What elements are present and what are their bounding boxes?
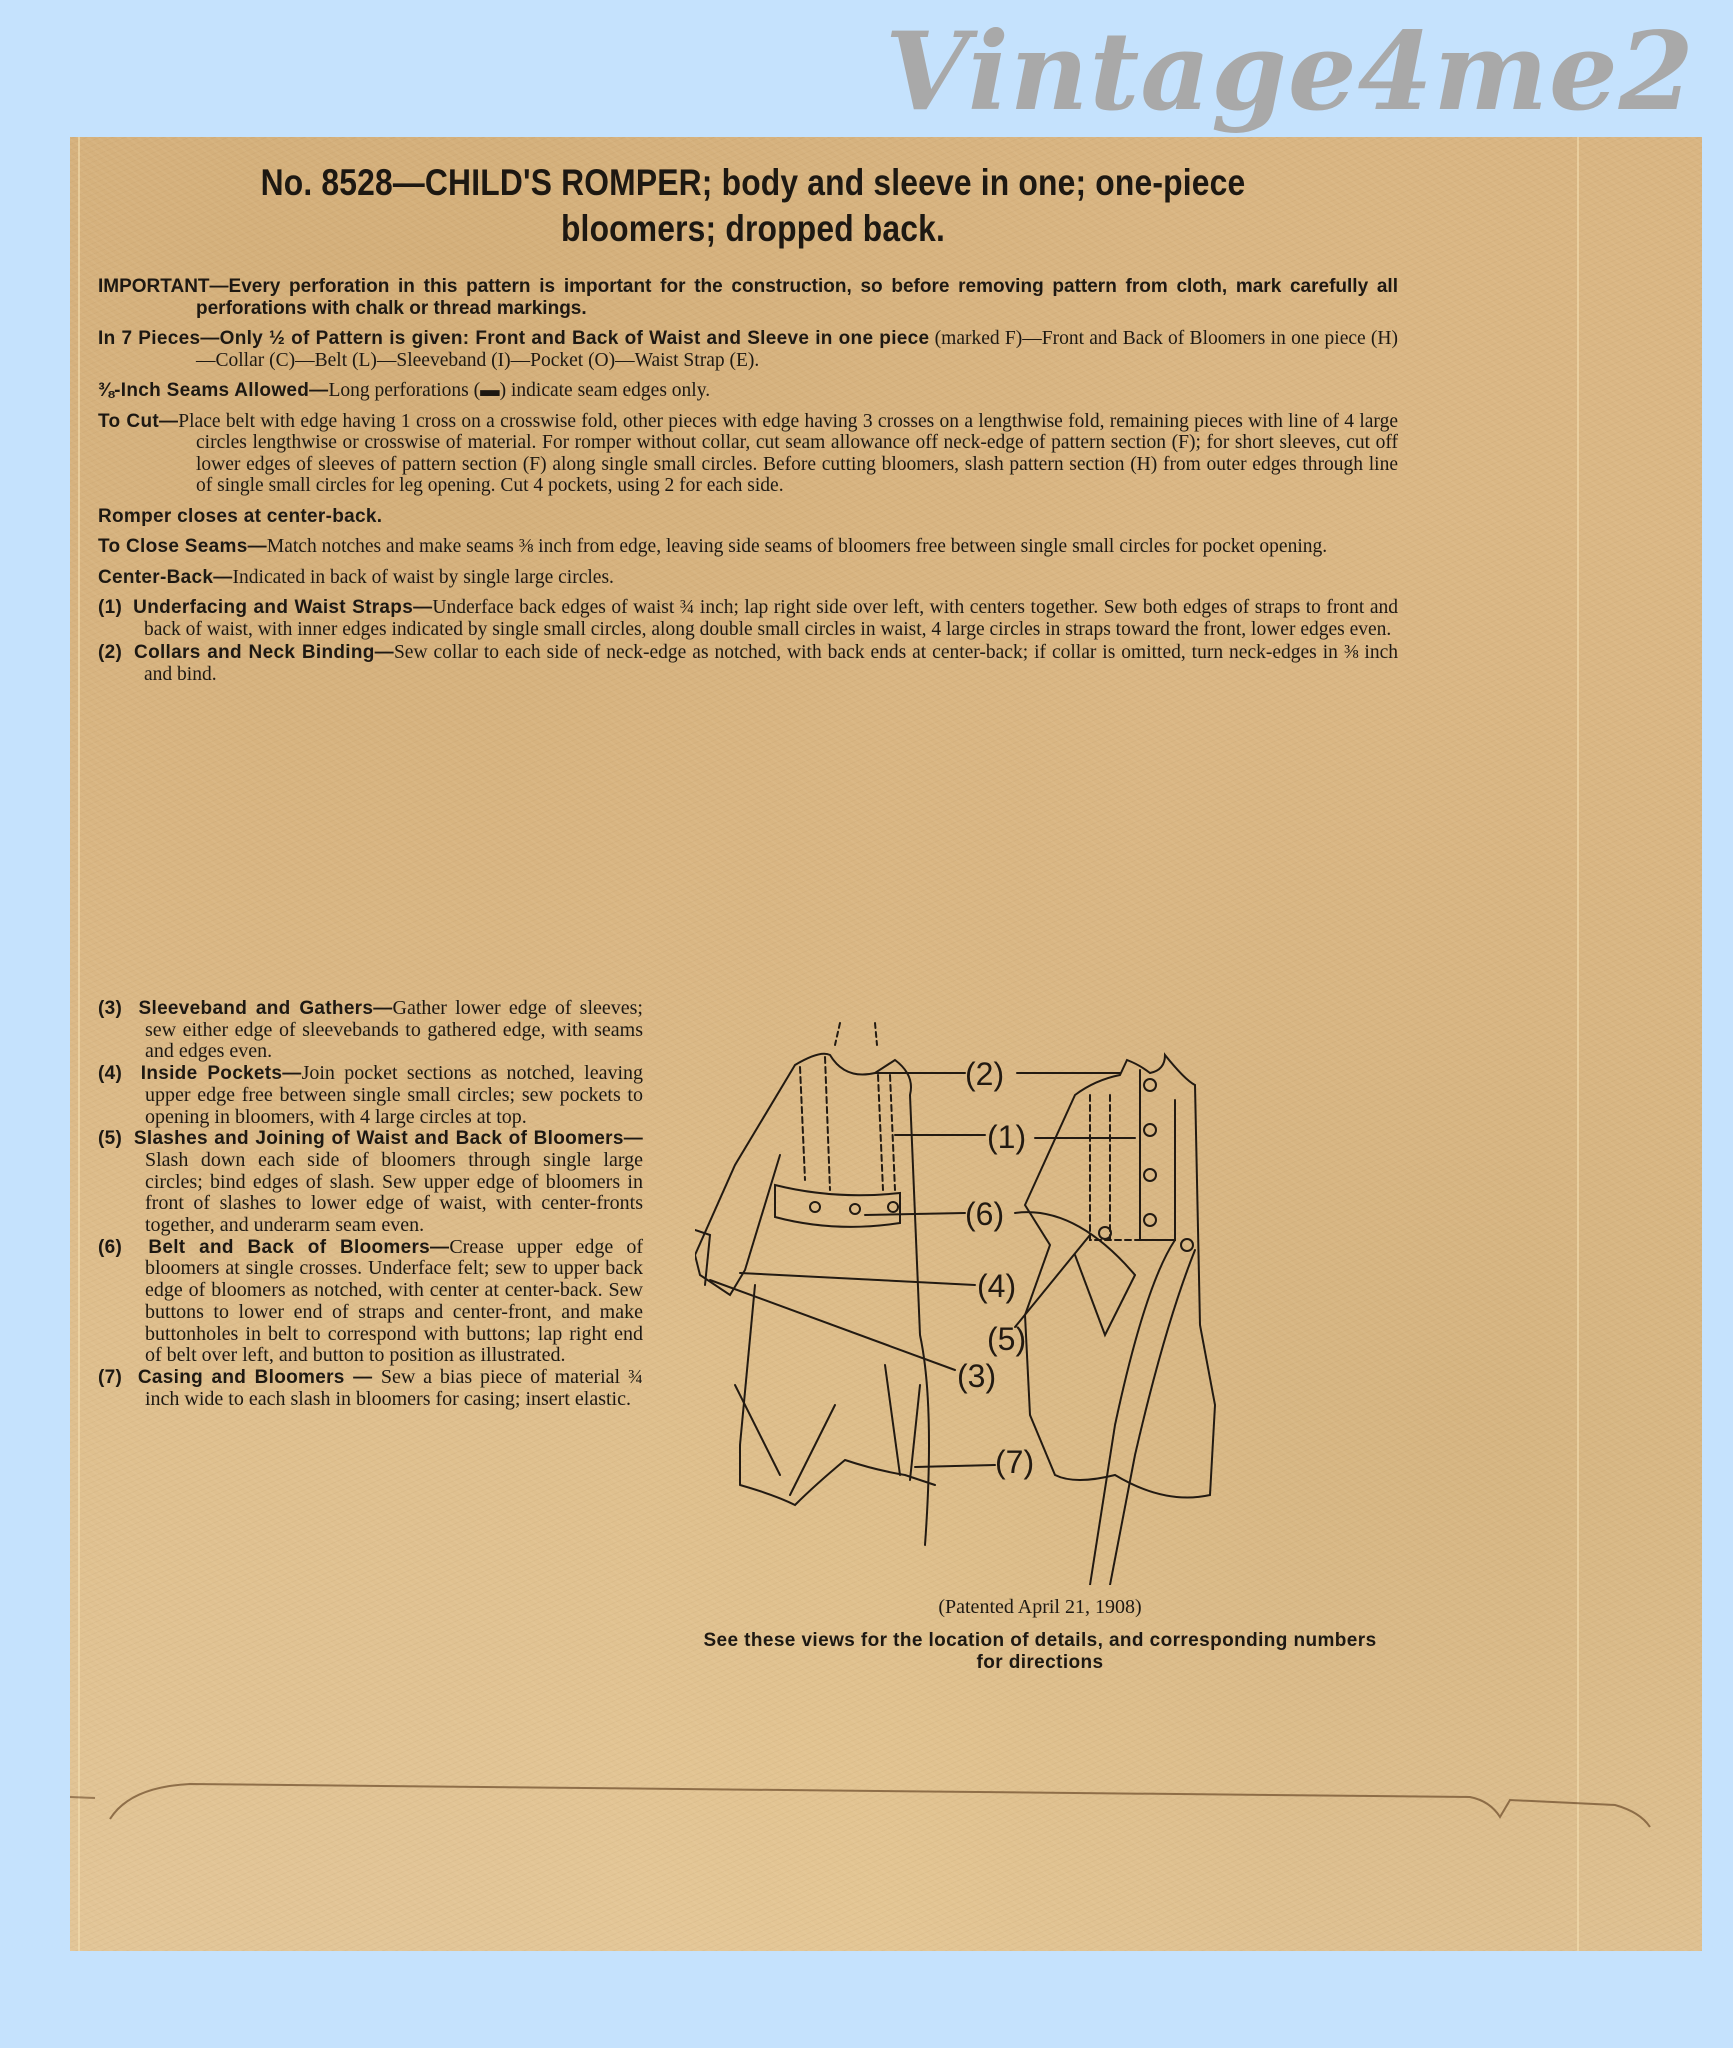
back-sash [1075,1240,1195,1585]
arrow-5 [1015,1235,1090,1327]
arrow-4 [740,1273,975,1285]
section-seams: ⅜-Inch Seams Allowed—Long perforations (… [98,380,1398,402]
section-close-seams: To Close Seams—Match notches and make se… [98,536,1398,558]
title-line-1: No. 8528—CHILD'S ROMPER; body and sleeve… [155,160,1350,206]
step-5: (5) Slashes and Joining of Waist and Bac… [98,1128,643,1237]
callout-5: (5) [987,1321,1026,1357]
step-2: (2) Collars and Neck Binding—Sew collar … [98,642,1398,685]
instructions-full-width: No. 8528—CHILD'S ROMPER; body and sleeve… [98,160,1398,694]
watermark-logo: Vintage4me2 [885,12,1665,132]
callout-6: (6) [965,1196,1004,1232]
instructions-column: (3) Sleeveband and Gathers—Gather lower … [98,998,643,1410]
callout-4: (4) [977,1268,1016,1304]
front-belt [775,1185,900,1227]
romper-illustration: (2) (1) (6) (4) (5) (3) (7) [695,1005,1395,1585]
title-line-2: bloomers; dropped back. [155,206,1350,252]
back-view-outline [1025,1055,1215,1498]
step-6: (6) Belt and Back of Bloomers—Crease upp… [98,1237,643,1367]
section-center-back: Center-Back—Indicated in back of waist b… [98,567,1398,589]
back-placket [1140,1070,1175,1240]
illustration-note: See these views for the location of deta… [690,1630,1390,1674]
callout-7: (7) [995,1444,1034,1480]
step-7: (7) Casing and Bloomers — Sew a bias pie… [98,1367,643,1410]
arrow-7 [915,1465,995,1467]
step-3: (3) Sleeveband and Gathers—Gather lower … [98,998,643,1063]
fold-line-left [78,137,80,1951]
step-1: (1) Underfacing and Waist Straps—Underfa… [98,597,1398,640]
callout-1: (1) [987,1119,1026,1155]
section-closes: Romper closes at center-back. [98,506,1398,528]
section-to-cut: To Cut—Place belt with edge having 1 cro… [98,411,1398,497]
fold-line-right [1577,137,1579,1951]
section-pieces: In 7 Pieces—Only ½ of Pattern is given: … [98,328,1398,371]
callout-2: (2) [965,1056,1004,1092]
pattern-title: No. 8528—CHILD'S ROMPER; body and sleeve… [155,160,1350,252]
section-important: IMPORTANT—Every perforation in this patt… [98,276,1398,319]
patent-caption: (Patented April 21, 1908) [690,1596,1390,1619]
callout-3: (3) [957,1358,996,1394]
step-4: (4) Inside Pockets—Join pocket sections … [98,1063,643,1128]
